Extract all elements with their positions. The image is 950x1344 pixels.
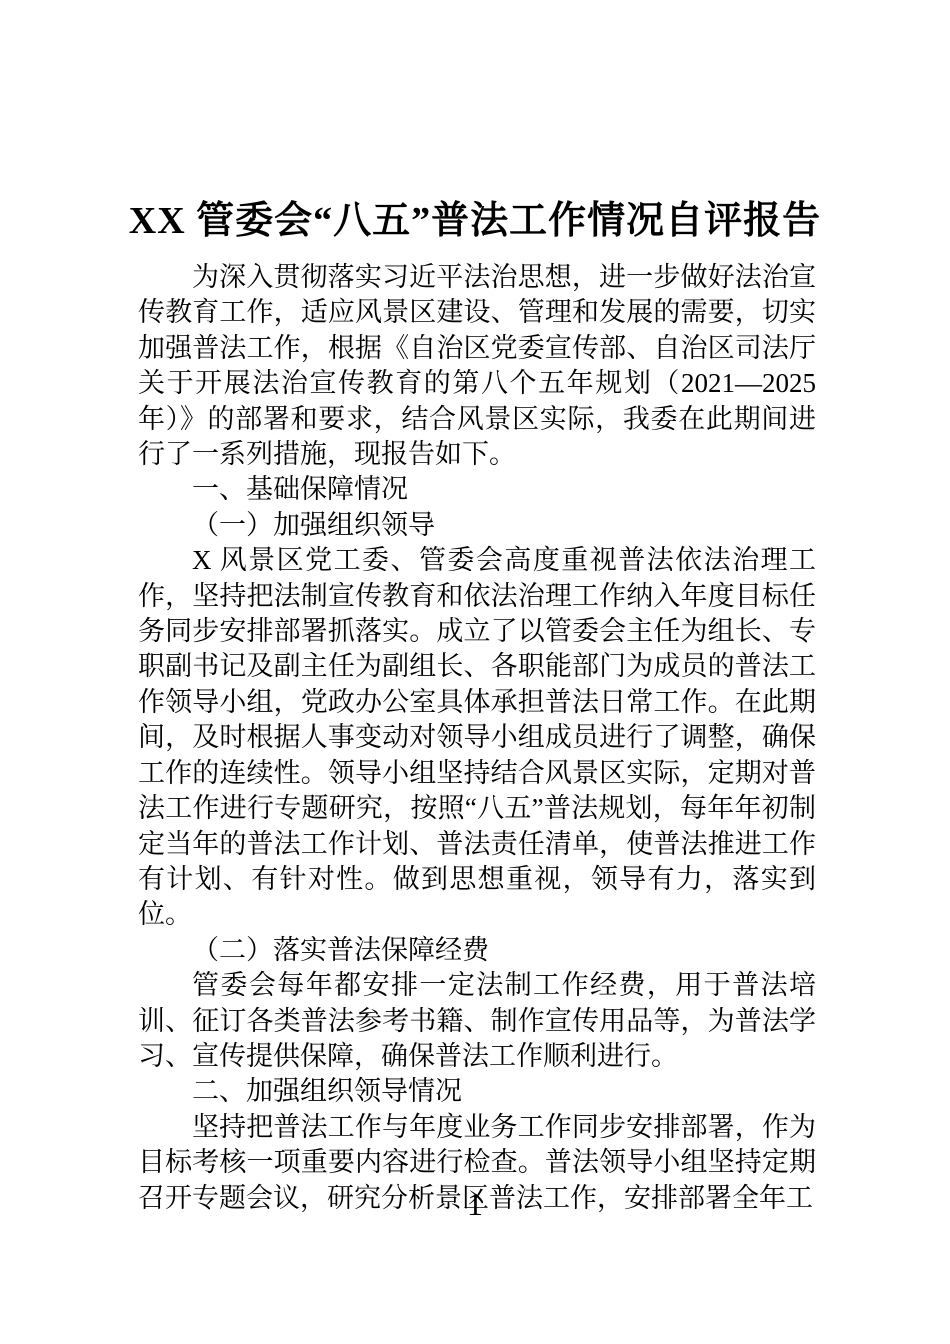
document-page: XX 管委会“八五”普法工作情况自评报告 为深入贯彻落实习近平法治思想，进一步做… bbox=[0, 0, 950, 1344]
paragraph-intro: 为深入贯彻落实习近平法治思想，进一步做好法治宣传教育工作，适应风景区建设、管理和… bbox=[138, 260, 816, 472]
document-title: XX 管委会“八五”普法工作情况自评报告 bbox=[0, 193, 950, 249]
section-heading-1: 一、基础保障情况 bbox=[138, 472, 816, 507]
subsection-heading-1-2: （二）落实普法保障经费 bbox=[138, 933, 816, 968]
document-body: 为深入贯彻落实习近平法治思想，进一步做好法治宣传教育工作，适应风景区建设、管理和… bbox=[138, 260, 816, 1216]
paragraph-section-1-2: 管委会每年都安排一定法制工作经费，用于普法培训、征订各类普法参考书籍、制作宣传用… bbox=[138, 968, 816, 1074]
subsection-heading-1-1: （一）加强组织领导 bbox=[138, 508, 816, 543]
section-heading-2: 二、加强组织领导情况 bbox=[138, 1074, 816, 1109]
page-number: 1 bbox=[0, 1184, 950, 1224]
paragraph-section-1-1: X 风景区党工委、管委会高度重视普法依法治理工作，坚持把法制宣传教育和依法治理工… bbox=[138, 543, 816, 932]
